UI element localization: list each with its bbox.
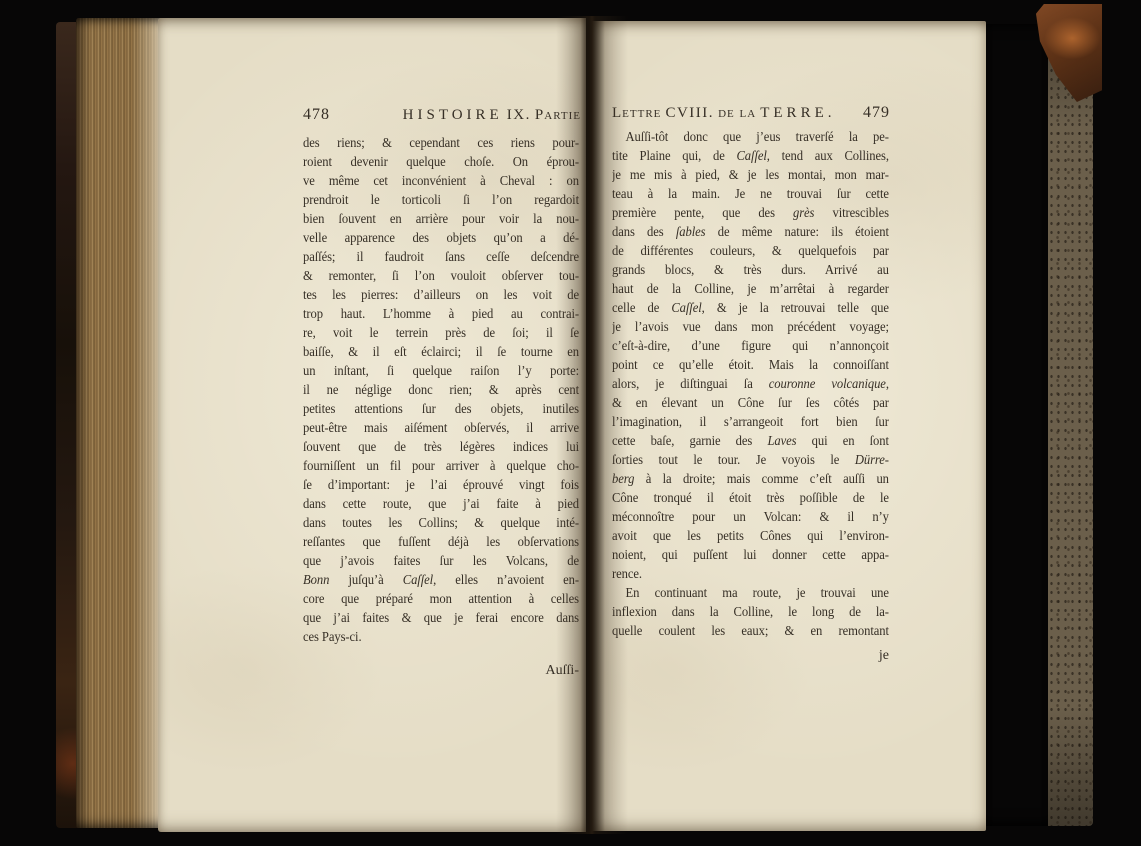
text-line: Auſſi-tôt donc que j’eus traverſé la pe- bbox=[612, 128, 889, 147]
text-run: tite Plaine qui, de bbox=[612, 149, 736, 164]
text-run: je l’avois vue dans mon précédent voyage… bbox=[612, 320, 889, 335]
left-running-head: 478 HISTOIRE IX. Partie bbox=[303, 106, 581, 124]
text-line: Bonn juſqu’à Caſſel, elles n’avoient en- bbox=[303, 571, 579, 590]
text-line: haut de la Colline, je m’arrêtai à regar… bbox=[612, 280, 889, 299]
text-run: quelle coulent les eaux; & en remontant bbox=[612, 624, 889, 639]
text-run: de même nature: ils étoient bbox=[706, 225, 889, 240]
text-line: roient devenir quelque choſe. On éprou- bbox=[303, 153, 579, 172]
right-page-number: 479 bbox=[863, 104, 890, 122]
left-running-title: HISTOIRE IX. Partie bbox=[403, 107, 581, 124]
left-page-block-edges bbox=[76, 18, 162, 828]
text-run: baiſſe, & il eſt éclairci; il ſe tourne … bbox=[303, 345, 579, 360]
text-run: dans des bbox=[612, 225, 676, 240]
text-line: un inſtant, ſi quelque raiſon l’y porte: bbox=[303, 362, 579, 381]
text-line: teau à la main. Je ne trouvai ſur cette bbox=[612, 185, 889, 204]
text-run: Auſſi-tôt donc que j’eus traverſé la pe- bbox=[626, 130, 889, 145]
italic-term: Caſſel bbox=[403, 573, 433, 588]
right-cover-board bbox=[1048, 30, 1093, 826]
text-line: point ce qu’elle étoit. Mais la connoiſſ… bbox=[612, 356, 889, 375]
text-line: de différentes couleurs, & quelquefois p… bbox=[612, 242, 889, 261]
left-page-number: 478 bbox=[303, 106, 330, 124]
italic-term: ſables bbox=[676, 225, 706, 240]
left-page: 478 HISTOIRE IX. Partie des riens; & cep… bbox=[158, 18, 586, 832]
text-line: ve même cet inconvénient à Cheval : on bbox=[303, 172, 579, 191]
text-line: trop haut. L’homme à pied au contrai- bbox=[303, 305, 579, 324]
text-line: dans cette route, que j’ai faite à pied bbox=[303, 495, 579, 514]
text-run: à la droite; mais comme c’eſt auſſi un bbox=[634, 472, 889, 487]
text-run: alors, je diſtinguai ſa bbox=[612, 377, 769, 392]
italic-term: Bonn bbox=[303, 573, 329, 588]
text-run: Cône tronqué il étoit très poſſible de l… bbox=[612, 491, 889, 506]
text-run: ſouvent que de très légères indices lui bbox=[303, 440, 579, 455]
text-run: En continuant ma route, je trouvai une bbox=[626, 586, 889, 601]
text-line: En continuant ma route, je trouvai une bbox=[612, 584, 889, 603]
text-line: rence. bbox=[612, 565, 889, 584]
text-run: peut-être mais aiſément obſervés, il arr… bbox=[303, 421, 579, 436]
text-run: inflexion dans la Colline, le long de la… bbox=[612, 605, 889, 620]
text-run: il ne néglige donc rien; & après cent bbox=[303, 383, 579, 398]
right-catchword: je bbox=[612, 648, 889, 664]
text-line: c’eſt-à-dire, d’une figure qui n’annonço… bbox=[612, 337, 889, 356]
running-title-segment: Lettre bbox=[612, 105, 661, 121]
text-run: tes les pierres: d’ailleurs on les voit … bbox=[303, 288, 579, 303]
text-line: avoit que les petits Cônes qui l’environ… bbox=[612, 527, 889, 546]
italic-term: Dürre- bbox=[855, 453, 889, 468]
text-run: re, voit le terrein près de ſoi; il ſe bbox=[303, 326, 579, 341]
text-line: que j’avois faites ſur les Volcans, de bbox=[303, 552, 579, 571]
text-run: l’imagination, il s’arrangeoit fort bien… bbox=[612, 415, 889, 430]
text-line: ces Pays-ci. bbox=[303, 628, 579, 647]
text-run: que j’ai faites & que je ferai encore da… bbox=[303, 611, 579, 626]
text-line: velle apparence des objets qu’on a dé- bbox=[303, 229, 579, 248]
text-line: berg à la droite; mais comme c’eſt auſſi… bbox=[612, 470, 889, 489]
text-line: dans des ſables de même nature: ils étoi… bbox=[612, 223, 889, 242]
text-line: grands blocs, & très durs. Arrivé au bbox=[612, 261, 889, 280]
text-run: noient, qui puſſent lui donner cette app… bbox=[612, 548, 889, 563]
text-run: un inſtant, ſi quelque raiſon l’y porte: bbox=[303, 364, 579, 379]
text-run: cette baſe, garnie des bbox=[612, 434, 767, 449]
running-title-segment: TERRE. bbox=[760, 105, 835, 121]
text-run: avoit que les petits Cônes qui l’environ… bbox=[612, 529, 889, 544]
text-run: vitrescibles bbox=[814, 206, 889, 221]
running-title-segment: CVIII. bbox=[665, 105, 714, 121]
text-run: bien ſouvent en arrière pour voir la nou… bbox=[303, 212, 579, 227]
right-running-head: Lettre CVIII. de la TERRE. 479 bbox=[612, 104, 890, 122]
text-run: roient devenir quelque choſe. On éprou- bbox=[303, 155, 579, 170]
text-line: paſſés; il faudroit ſans ceſſe deſcendre bbox=[303, 248, 579, 267]
text-run: dans toutes les Collins; & quelque inté- bbox=[303, 516, 579, 531]
text-run: core que préparé mon attention à celles bbox=[303, 592, 579, 607]
text-run: , bbox=[886, 377, 889, 392]
italic-term: berg bbox=[612, 472, 634, 487]
text-run: prendroit le torticoli ſi l’on regardoit bbox=[303, 193, 579, 208]
text-run: dans cette route, que j’ai faite à pied bbox=[303, 497, 579, 512]
text-run: & remonter, ſi l’on vouloit obſerver tou… bbox=[303, 269, 579, 284]
text-run: des riens; & cependant ces riens pour- bbox=[303, 136, 579, 151]
text-run: je me mis à pied, & je les montai, mon m… bbox=[612, 168, 889, 183]
text-line: bien ſouvent en arrière pour voir la nou… bbox=[303, 210, 579, 229]
text-run: , & je la retrouvai telle que bbox=[702, 301, 889, 316]
text-line: peut-être mais aiſément obſervés, il arr… bbox=[303, 419, 579, 438]
right-page: Lettre CVIII. de la TERRE. 479 Auſſi-tôt… bbox=[592, 21, 986, 831]
text-run: fourniſſent un fil pour arriver à quelqu… bbox=[303, 459, 579, 474]
text-run: paſſés; il faudroit ſans ceſſe deſcendre bbox=[303, 250, 579, 265]
text-line: il ne néglige donc rien; & après cent bbox=[303, 381, 579, 400]
text-line: baiſſe, & il eſt éclairci; il ſe tourne … bbox=[303, 343, 579, 362]
right-text-column: Auſſi-tôt donc que j’eus traverſé la pe-… bbox=[612, 128, 889, 641]
italic-term: Caſſel bbox=[736, 149, 766, 164]
text-line: re, voit le terrein près de ſoi; il ſe bbox=[303, 324, 579, 343]
text-line: ſorties tout le tour. Je voyois le Dürre… bbox=[612, 451, 889, 470]
running-title-segment: IX. bbox=[507, 107, 531, 123]
text-run: que j’avois faites ſur les Volcans, de bbox=[303, 554, 579, 569]
text-run: méconnoître pour un Volcan: & il n’y bbox=[612, 510, 889, 525]
text-line: ſe d’important: je l’ai éprouvé vingt fo… bbox=[303, 476, 579, 495]
italic-term: grès bbox=[793, 206, 814, 221]
text-line: Cône tronqué il étoit très poſſible de l… bbox=[612, 489, 889, 508]
text-line: dans toutes les Collins; & quelque inté- bbox=[303, 514, 579, 533]
left-catchword: Auſſi- bbox=[303, 663, 579, 679]
italic-term: Caſſel bbox=[671, 301, 701, 316]
right-page-block-edges bbox=[986, 24, 1048, 826]
text-line: quelle coulent les eaux; & en remontant bbox=[612, 622, 889, 641]
text-run: haut de la Colline, je m’arrêtai à regar… bbox=[612, 282, 889, 297]
text-line: & en élevant un Cône ſur ſes côtés par bbox=[612, 394, 889, 413]
text-run: , elles n’avoient en- bbox=[433, 573, 579, 588]
text-line: que j’ai faites & que je ferai encore da… bbox=[303, 609, 579, 628]
text-run: ſorties tout le tour. Je voyois le bbox=[612, 453, 855, 468]
text-line: méconnoître pour un Volcan: & il n’y bbox=[612, 508, 889, 527]
text-run: ſe d’important: je l’ai éprouvé vingt fo… bbox=[303, 478, 579, 493]
text-line: ſouvent que de très légères indices lui bbox=[303, 438, 579, 457]
text-line: des riens; & cependant ces riens pour- bbox=[303, 134, 579, 153]
text-line: l’imagination, il s’arrangeoit fort bien… bbox=[612, 413, 889, 432]
text-run: rence. bbox=[612, 567, 642, 582]
text-run: qui en ſont bbox=[796, 434, 888, 449]
text-line: je l’avois vue dans mon précédent voyage… bbox=[612, 318, 889, 337]
text-run: celle de bbox=[612, 301, 671, 316]
running-title-segment: de la bbox=[718, 105, 756, 121]
text-line: alors, je diſtinguai ſa couronne volcani… bbox=[612, 375, 889, 394]
italic-term: couronne volcanique bbox=[769, 377, 886, 392]
text-run: & en élevant un Cône ſur ſes côtés par bbox=[612, 396, 889, 411]
right-running-title: Lettre CVIII. de la TERRE. bbox=[612, 105, 835, 122]
text-line: première pente, que des grès vitrescible… bbox=[612, 204, 889, 223]
text-run: petites attentions ſur des objets, inuti… bbox=[303, 402, 579, 417]
running-title-segment: Partie bbox=[535, 107, 581, 123]
text-line: celle de Caſſel, & je la retrouvai telle… bbox=[612, 299, 889, 318]
text-line: & remonter, ſi l’on vouloit obſerver tou… bbox=[303, 267, 579, 286]
text-run: ces Pays-ci. bbox=[303, 630, 362, 645]
text-line: reſſantes que fuſſent déjà les obſervati… bbox=[303, 533, 579, 552]
text-line: cette baſe, garnie des Laves qui en ſont bbox=[612, 432, 889, 451]
text-run: juſqu’à bbox=[329, 573, 402, 588]
scan-background: 478 HISTOIRE IX. Partie des riens; & cep… bbox=[0, 0, 1141, 846]
text-run: ve même cet inconvénient à Cheval : on bbox=[303, 174, 579, 189]
text-run: point ce qu’elle étoit. Mais la connoiſſ… bbox=[612, 358, 889, 373]
text-run: première pente, que des bbox=[612, 206, 793, 221]
text-run: velle apparence des objets qu’on a dé- bbox=[303, 231, 579, 246]
text-line: inflexion dans la Colline, le long de la… bbox=[612, 603, 889, 622]
text-run: teau à la main. Je ne trouvai ſur cette bbox=[612, 187, 889, 202]
text-run: grands blocs, & très durs. Arrivé au bbox=[612, 263, 889, 278]
text-run: reſſantes que fuſſent déjà les obſervati… bbox=[303, 535, 579, 550]
text-line: noient, qui puſſent lui donner cette app… bbox=[612, 546, 889, 565]
text-line: je me mis à pied, & je les montai, mon m… bbox=[612, 166, 889, 185]
running-title-segment: HISTOIRE bbox=[403, 107, 503, 123]
left-text-column: des riens; & cependant ces riens pour-ro… bbox=[303, 134, 579, 647]
text-line: tite Plaine qui, de Caſſel, tend aux Col… bbox=[612, 147, 889, 166]
text-line: petites attentions ſur des objets, inuti… bbox=[303, 400, 579, 419]
text-run: trop haut. L’homme à pied au contrai- bbox=[303, 307, 579, 322]
italic-term: Laves bbox=[767, 434, 796, 449]
text-run: , tend aux Collines, bbox=[767, 149, 889, 164]
text-line: tes les pierres: d’ailleurs on les voit … bbox=[303, 286, 579, 305]
text-line: prendroit le torticoli ſi l’on regardoit bbox=[303, 191, 579, 210]
text-run: c’eſt-à-dire, d’une figure qui n’annonço… bbox=[612, 339, 889, 354]
text-line: core que préparé mon attention à celles bbox=[303, 590, 579, 609]
text-run: de différentes couleurs, & quelquefois p… bbox=[612, 244, 889, 259]
text-line: fourniſſent un fil pour arriver à quelqu… bbox=[303, 457, 579, 476]
